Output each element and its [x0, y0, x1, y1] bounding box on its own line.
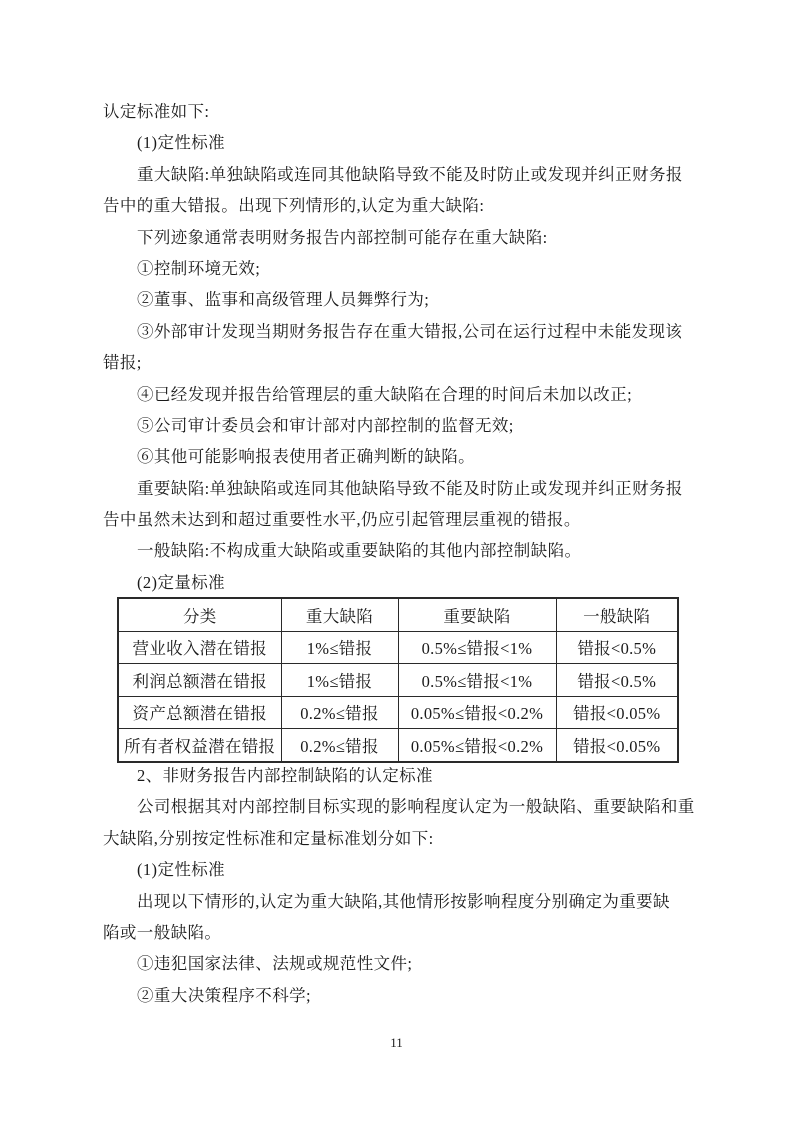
- table-cell: 0.2%≤错报: [281, 696, 398, 729]
- table-cell: 利润总额潜在错报: [118, 664, 281, 697]
- list-item-line: ①违犯国家法律、法规或规范性文件;: [103, 948, 695, 979]
- paragraph-line: 认定标准如下:: [103, 96, 695, 127]
- table-cell: 0.05%≤错报<0.2%: [398, 696, 556, 729]
- list-item-line: ②重大决策程序不科学;: [103, 980, 695, 1011]
- table-row: 营业收入潜在错报 1%≤错报 0.5%≤错报<1% 错报<0.5%: [118, 631, 678, 664]
- table-cell: 营业收入潜在错报: [118, 631, 281, 664]
- list-item-line: 错报;: [103, 347, 695, 378]
- table-cell: 0.5%≤错报<1%: [398, 664, 556, 697]
- list-item-line: ①控制环境无效;: [103, 253, 695, 284]
- paragraph-line: 大缺陷,分别按定性标准和定量标准划分如下:: [103, 823, 695, 854]
- paragraph-line: 重大缺陷:单独缺陷或连同其他缺陷导致不能及时防止或发现并纠正财务报: [103, 159, 695, 190]
- list-item-line: ⑤公司审计委员会和审计部对内部控制的监督无效;: [103, 410, 695, 441]
- table-cell: 1%≤错报: [281, 631, 398, 664]
- table-row: 利润总额潜在错报 1%≤错报 0.5%≤错报<1% 错报<0.5%: [118, 664, 678, 697]
- table-cell: 错报<0.5%: [556, 664, 678, 697]
- paragraph-line: 告中的重大错报。出现下列情形的,认定为重大缺陷:: [103, 190, 695, 221]
- paragraph-line: 下列迹象通常表明财务报告内部控制可能存在重大缺陷:: [103, 222, 695, 253]
- section-heading-line: (1)定性标准: [103, 854, 695, 885]
- list-item-line: ④已经发现并报告给管理层的重大缺陷在合理的时间后未加以改正;: [103, 379, 695, 410]
- quantitative-criteria-table: 分类 重大缺陷 重要缺陷 一般缺陷 营业收入潜在错报 1%≤错报 0.5%≤错报…: [117, 597, 679, 763]
- table-header-row: 分类 重大缺陷 重要缺陷 一般缺陷: [118, 598, 678, 631]
- quantitative-criteria-table-wrap: 分类 重大缺陷 重要缺陷 一般缺陷 营业收入潜在错报 1%≤错报 0.5%≤错报…: [117, 597, 679, 763]
- table-cell: 所有者权益潜在错报: [118, 729, 281, 762]
- table-cell: 错报<0.05%: [556, 729, 678, 762]
- table-cell: 1%≤错报: [281, 664, 398, 697]
- table-cell: 0.5%≤错报<1%: [398, 631, 556, 664]
- paragraph-line: 一般缺陷:不构成重大缺陷或重要缺陷的其他内部控制缺陷。: [103, 535, 695, 566]
- section-heading-line: (2)定量标准: [103, 567, 695, 598]
- table-cell: 0.05%≤错报<0.2%: [398, 729, 556, 762]
- section-heading-line: 2、非财务报告内部控制缺陷的认定标准: [103, 760, 695, 791]
- table-header-cell: 重大缺陷: [281, 598, 398, 631]
- lower-text-block: 2、非财务报告内部控制缺陷的认定标准 公司根据其对内部控制目标实现的影响程度认定…: [103, 760, 695, 1011]
- paragraph-line: 陷或一般缺陷。: [103, 917, 695, 948]
- table-header-cell: 一般缺陷: [556, 598, 678, 631]
- upper-text-block: 认定标准如下: (1)定性标准 重大缺陷:单独缺陷或连同其他缺陷导致不能及时防止…: [103, 96, 695, 598]
- table-row: 资产总额潜在错报 0.2%≤错报 0.05%≤错报<0.2% 错报<0.05%: [118, 696, 678, 729]
- paragraph-line: 重要缺陷:单独缺陷或连同其他缺陷导致不能及时防止或发现并纠正财务报: [103, 473, 695, 504]
- list-item-line: ③外部审计发现当期财务报告存在重大错报,公司在运行过程中未能发现该: [103, 316, 695, 347]
- paragraph-line: 公司根据其对内部控制目标实现的影响程度认定为一般缺陷、重要缺陷和重: [103, 791, 695, 822]
- list-item-line: ⑥其他可能影响报表使用者正确判断的缺陷。: [103, 441, 695, 472]
- table-cell: 资产总额潜在错报: [118, 696, 281, 729]
- table-header-cell: 重要缺陷: [398, 598, 556, 631]
- section-heading-line: (1)定性标准: [103, 127, 695, 158]
- table-header-cell: 分类: [118, 598, 281, 631]
- paragraph-line: 出现以下情形的,认定为重大缺陷,其他情形按影响程度分别确定为重要缺: [103, 886, 695, 917]
- table-row: 所有者权益潜在错报 0.2%≤错报 0.05%≤错报<0.2% 错报<0.05%: [118, 729, 678, 762]
- page-number: 11: [0, 1034, 793, 1052]
- list-item-line: ②董事、监事和高级管理人员舞弊行为;: [103, 284, 695, 315]
- table-cell: 错报<0.5%: [556, 631, 678, 664]
- table-cell: 错报<0.05%: [556, 696, 678, 729]
- document-page: 认定标准如下: (1)定性标准 重大缺陷:单独缺陷或连同其他缺陷导致不能及时防止…: [0, 0, 793, 1122]
- paragraph-line: 告中虽然未达到和超过重要性水平,仍应引起管理层重视的错报。: [103, 504, 695, 535]
- table-cell: 0.2%≤错报: [281, 729, 398, 762]
